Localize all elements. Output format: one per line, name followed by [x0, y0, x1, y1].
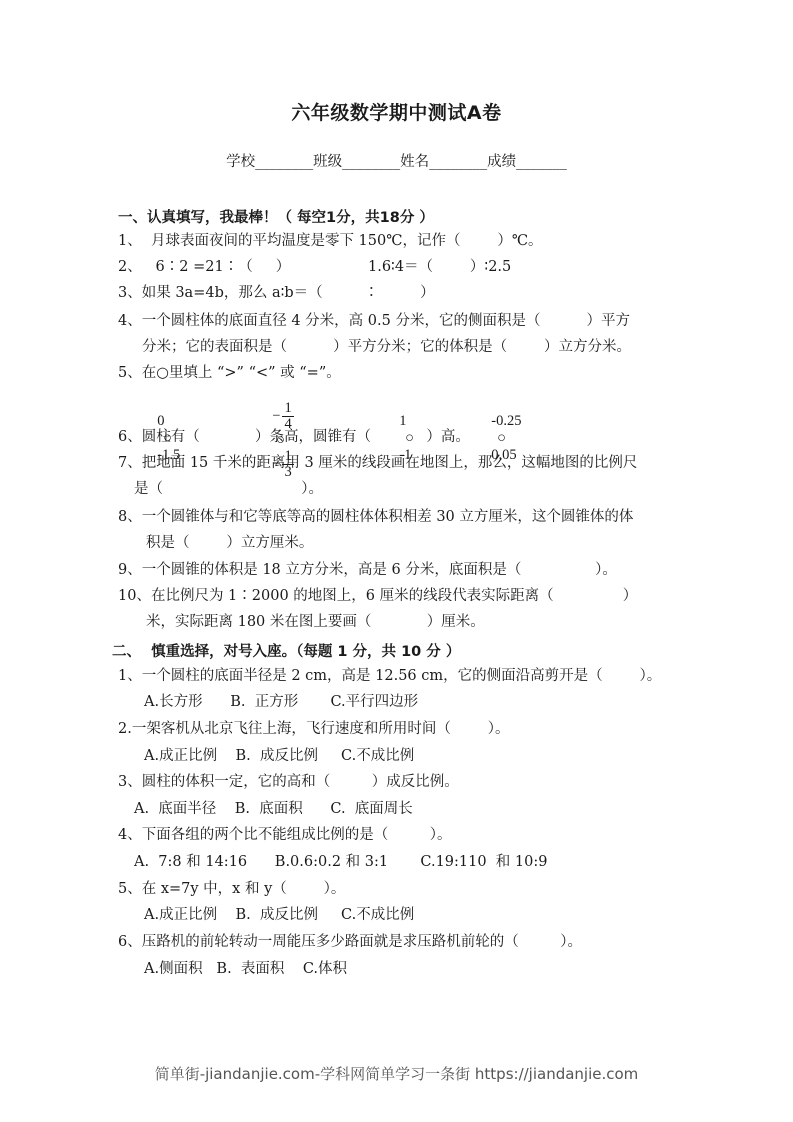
question-2-2: 2.一架客机从北京飞往上海，飞行速度和所用时间（ ）。 [118, 720, 509, 738]
question-1-7-line2: 是（ ）。 [134, 480, 323, 498]
student-info-line: 学校________班级________姓名________成绩_______ [0, 150, 793, 171]
question-1-3: 3、如果 3a=4b，那么 a∶b＝（ ∶ ） [118, 284, 435, 302]
page-title: 六年级数学期中测试A卷 [0, 98, 793, 125]
question-1-5: 5、在○里填上 “>” “<” 或 “=”。 [118, 364, 341, 382]
question-1-7-line1: 7、把地面 15 千米的距离用 3 厘米的线段画在地图上，那么，这幅地图的比例尺 [118, 454, 637, 472]
question-1-2a: 2、 6∶2 =21∶（ ） [118, 258, 290, 276]
options-2-2: A.成正比例 B. 成反比例 C.不成比例 [144, 747, 414, 765]
section1-heading: 一、认真填写，我最棒！（ 每空1分，共18分 ） [118, 206, 434, 227]
options-2-6: A.侧面积 B. 表面积 C.体积 [144, 960, 347, 978]
question-1-8-line2: 积是（ ）立方厘米。 [146, 534, 313, 552]
question-1-1: 1、 月球表面夜间的平均温度是零下 150℃，记作（ ）℃。 [118, 232, 543, 250]
question-2-1: 1、一个圆柱的底面半径是 2 cm，高是 12.56 cm，它的侧面沿高剪开是（… [118, 667, 661, 685]
options-2-5: A.成正比例 B. 成反比例 C.不成比例 [144, 906, 414, 924]
question-2-4: 4、下面各组的两个比不能组成比例的是（ ）。 [118, 826, 451, 844]
question-1-2b: 1.6∶4＝（ ）∶2.5 [368, 258, 511, 276]
question-2-3: 3、圆柱的体积一定，它的高和（ ）成反比例。 [118, 773, 459, 791]
question-2-6: 6、压路机的前轮转动一周能压多少路面就是求压路机前轮的（ ）。 [118, 933, 582, 951]
options-2-4: A. 7:8 和 14:16 B.0.6:0.2 和 3:1 C.19:110 … [134, 853, 547, 871]
footer-watermark: 简单街-jiandanjie.com-学科网简单学习一条街 https://ji… [0, 1063, 793, 1084]
options-2-3: A. 底面半径 B. 底面积 C. 底面周长 [134, 800, 413, 818]
question-1-4-line2: 分米；它的表面积是（ ）平方分米；它的体积是（ ）立方分米。 [142, 338, 631, 356]
options-2-1: A.长方形 B. 正方形 C.平行四边形 [144, 693, 418, 711]
circle-blank: ○ [497, 430, 506, 446]
section2-heading: 二、 慎重选择，对号入座。（每题 1 分，共 10 分 ） [112, 640, 460, 661]
question-1-6: 6、圆柱有（ ）条高，圆锥有（ ）高。 [118, 428, 470, 446]
question-2-5: 5、在 x=7y 中，x 和 y（ ）。 [118, 880, 345, 898]
question-1-10-line1: 10、在比例尺为 1∶2000 的地图上，6 厘米的线段代表实际距离（ ） [118, 587, 637, 605]
question-1-10-line2: 米，实际距离 180 米在图上要画（ ）厘米。 [146, 613, 485, 631]
question-1-9: 9、一个圆锥的体积是 18 立方分米，高是 6 分米，底面积是（ ）。 [118, 561, 617, 579]
question-1-8-line1: 8、一个圆锥体与和它等底等高的圆柱体体积相差 30 立方厘米，这个圆锥体的体 [118, 508, 633, 526]
question-1-4-line1: 4、一个圆柱体的底面直径 4 分米，高 0.5 分米，它的侧面积是（ ）平方 [118, 312, 630, 330]
